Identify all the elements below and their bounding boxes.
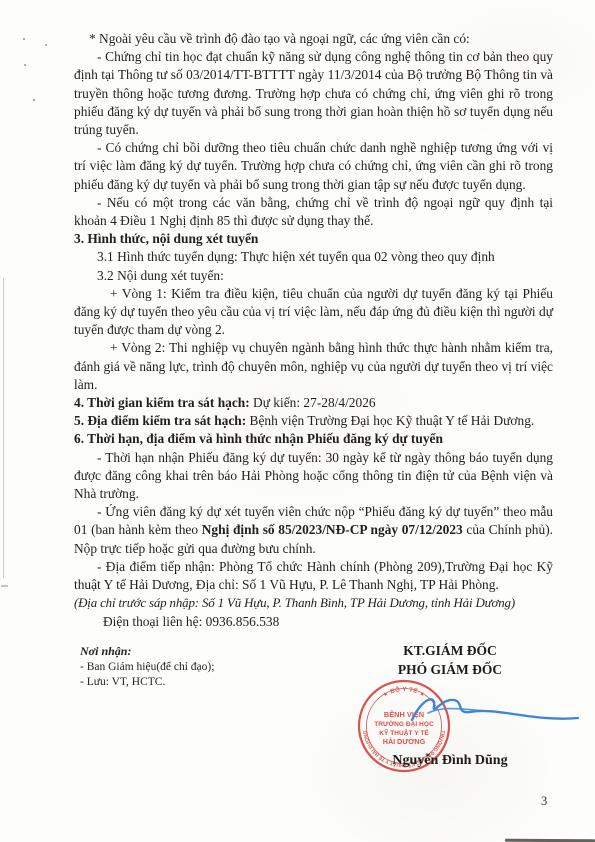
- paragraph-professional-certificate: - Có chứng chỉ bồi dưỡng theo tiêu chuẩn…: [74, 139, 553, 194]
- paragraph-extra-requirements: * Ngoài yêu cầu về trình độ đào tạo và n…: [74, 30, 553, 48]
- signer-role-2: PHÓ GIÁM ĐỐC: [330, 660, 570, 679]
- document-page: * Ngoài yêu cầu về trình độ đào tạo và n…: [0, 0, 595, 842]
- section-5-label: 5. Địa điểm kiểm tra sát hạch:: [74, 413, 246, 428]
- section-6-heading: 6. Thời hạn, địa điểm và hình thức nhận …: [74, 430, 553, 448]
- scan-artifact-dash: [1, 585, 8, 587]
- paragraph-phone: Điện thoại liên hệ: 0936.856.538: [74, 613, 553, 631]
- section-4-label: 4. Thời gian kiểm tra sát hạch:: [74, 395, 250, 410]
- section-5-value: Bệnh viện Trường Đại học Kỹ thuật Y tế H…: [246, 413, 534, 428]
- recipients-block: Nơi nhận: - Ban Giám hiệu(để chỉ đạo); -…: [80, 644, 300, 690]
- paragraph-reception-address: - Địa điểm tiếp nhận: Phòng Tổ chức Hành…: [74, 558, 553, 594]
- section-5-heading: 5. Địa điểm kiểm tra sát hạch: Bệnh viện…: [74, 412, 553, 430]
- paragraph-deadline: - Thời hạn nhận Phiếu đăng ký dự tuyển: …: [74, 449, 553, 504]
- paragraph-round-1: + Vòng 1: Kiểm tra điều kiện, tiêu chuẩn…: [74, 285, 553, 340]
- document-body: * Ngoài yêu cầu về trình độ đào tạo và n…: [74, 30, 553, 631]
- paragraph-it-certificate: - Chứng chỉ tin học đạt chuẩn kỹ năng sử…: [74, 48, 553, 139]
- paragraph-application-form: - Ứng viên đăng ký dự xét tuyển viên chứ…: [74, 503, 553, 558]
- recipient-item: - Ban Giám hiệu(để chỉ đạo);: [80, 660, 300, 675]
- paragraph-previous-address: (Địa chỉ trước sáp nhập: Số 1 Vũ Hựu, P.…: [74, 594, 553, 612]
- stamp-center-line-4: HẢI DƯƠNG: [383, 737, 426, 746]
- signer-name: Nguyễn Đình Dũng: [330, 753, 570, 769]
- recipient-item: - Lưu: VT, HCTC.: [80, 675, 300, 690]
- scan-artifact-speckles: [23, 38, 25, 40]
- handwritten-signature: [402, 686, 586, 736]
- paragraph-language-substitute: - Nếu có một trong các văn bằng, chứng c…: [74, 194, 553, 230]
- scan-artifact-left-line: [3, 278, 4, 578]
- paragraph-3-1: 3.1 Hình thức tuyển dụng: Thực hiện xét …: [74, 248, 553, 266]
- paragraph-3-2: 3.2 Nội dung xét tuyển:: [74, 267, 553, 285]
- signer-role-1: KT.GIÁM ĐỐC: [330, 641, 570, 660]
- scan-artifact-bottom-edge: [505, 838, 595, 841]
- signature-titles: KT.GIÁM ĐỐC PHÓ GIÁM ĐỐC: [330, 641, 570, 679]
- decree-reference: Nghị định số 85/2023/NĐ-CP ngày 07/12/20…: [202, 522, 463, 537]
- page-number: 3: [541, 794, 547, 809]
- signature-stroke-accent: [428, 709, 490, 713]
- section-3-heading: 3. Hình thức, nội dung xét tuyển: [74, 230, 553, 248]
- paragraph-round-2: + Vòng 2: Thi nghiệp vụ chuyên ngành bằn…: [74, 339, 553, 394]
- section-4-heading: 4. Thời gian kiểm tra sát hạch: Dự kiến:…: [74, 394, 553, 412]
- recipients-title: Nơi nhận:: [80, 644, 300, 659]
- section-4-value: Dự kiến: 27-28/4/2026: [250, 395, 376, 410]
